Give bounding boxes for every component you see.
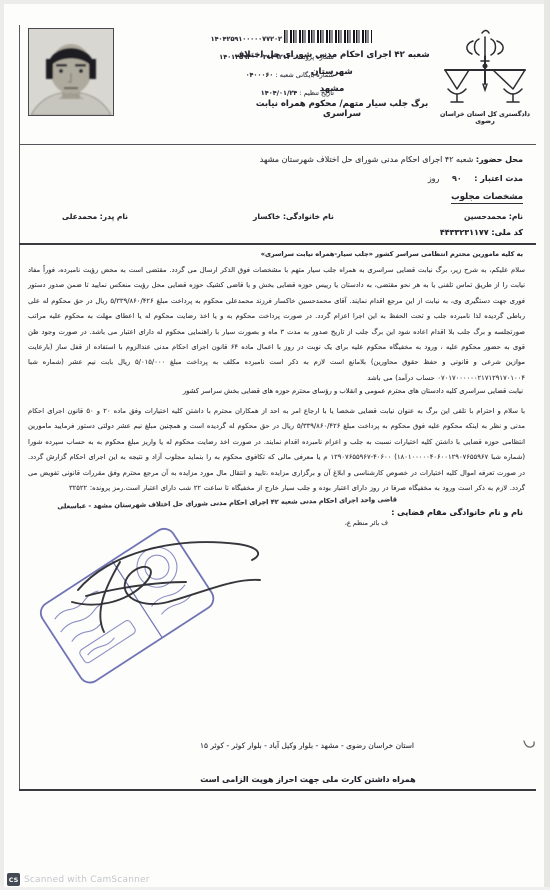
appearance-location-value: شعبه ۴۲ اجرای احکام مدنی شورای حل اختلاف… — [260, 155, 474, 164]
father-name: نام پدر: محمدعلی — [62, 212, 128, 221]
portrait-illustration — [29, 29, 113, 115]
court-title-line2: مشهد — [228, 81, 436, 98]
camscanner-logo-icon: CS — [7, 873, 20, 886]
validity-label: مدت اعتبار : — [474, 174, 523, 183]
camscanner-watermark: CS Scanned with CamScanner — [7, 873, 150, 886]
barcode — [284, 30, 372, 43]
document-left-border — [19, 25, 20, 790]
court-address: استان خراسان رضوی - مشهد - بلوار وکیل آب… — [138, 741, 476, 750]
emblem-caption: دادگستری کل استان خراسان رضوی — [433, 111, 537, 125]
appearance-location-row: محل حضور: شعبه ۴۲ اجرای احکام مدنی شورای… — [260, 155, 523, 164]
summons-number-value: ۱۴۰۴۲۵۹۱۰۰۰۰۰۷۷۲۰۲ — [211, 35, 282, 43]
scanned-court-document: شماره برگ جلب : ۱۴۰۴۲۵۹۱۰۰۰۰۰۷۷۲۰۲ شماره… — [0, 0, 550, 890]
court-title: شعبه ۴۲ اجرای احکام مدنی شورای حل اختلاف… — [228, 47, 436, 98]
mugshot-photo — [28, 28, 114, 116]
header-divider — [19, 144, 536, 145]
official-stamp — [26, 516, 266, 686]
main-instructions-paragraph: سلام علیکم، به شرح زیر، برگ نیابت قضایی … — [28, 263, 525, 386]
scan-edge-top — [0, 0, 550, 4]
national-id: کد ملی: ۴۴۳۳۲۳۱۱۷۷ — [440, 228, 523, 237]
pen-mark — [521, 737, 537, 751]
last-name: نام خانوادگی: خاکسار — [253, 212, 334, 221]
validity-row: مدت اعتبار : ۹۰ روز — [428, 174, 523, 183]
court-title-line1: شعبه ۴۲ اجرای احکام مدنی شورای حل اختلاف… — [228, 47, 436, 81]
footer-divider — [19, 789, 536, 791]
judicial-officer-label: نام و نام خانوادگی مقام قضایی : — [391, 508, 523, 517]
delegation-paragraph: با سلام و احترام با تلقی این برگ به عنوا… — [28, 404, 525, 496]
signature-scrawl — [72, 542, 260, 632]
judiciary-emblem-icon — [437, 26, 533, 112]
judicial-officer-title: قاضی واحد اجرای احکام مدنی شعبه ۴۲ اجرای… — [52, 495, 397, 510]
judicial-officer-name: ف بائر منظم ع، — [345, 519, 388, 527]
camscanner-text: Scanned with CamScanner — [24, 875, 150, 885]
scan-edge-right — [544, 0, 550, 890]
appearance-location-label: محل حضور: — [476, 155, 523, 164]
scan-edge-left — [0, 0, 4, 890]
validity-days: ۹۰ — [452, 174, 462, 183]
subject-details-heading: مشخصات مجلوب — [451, 192, 523, 204]
first-name: نام: محمدحسین — [464, 212, 523, 221]
judiciary-address-heading: نیابت قضایی سراسری کلیه دادستان های محتر… — [183, 387, 523, 395]
details-divider — [19, 243, 536, 245]
validity-unit: روز — [428, 174, 440, 183]
document-type-title: برگ جلب سیار متهم/ محکوم همراه نیابت سرا… — [248, 99, 436, 119]
officers-address-heading: به کلیه مامورین محترم انتظامی سراسر کشور… — [261, 250, 523, 258]
id-card-note: همراه داشتن کارت ملی جهت احراز هویت الزا… — [143, 775, 473, 784]
